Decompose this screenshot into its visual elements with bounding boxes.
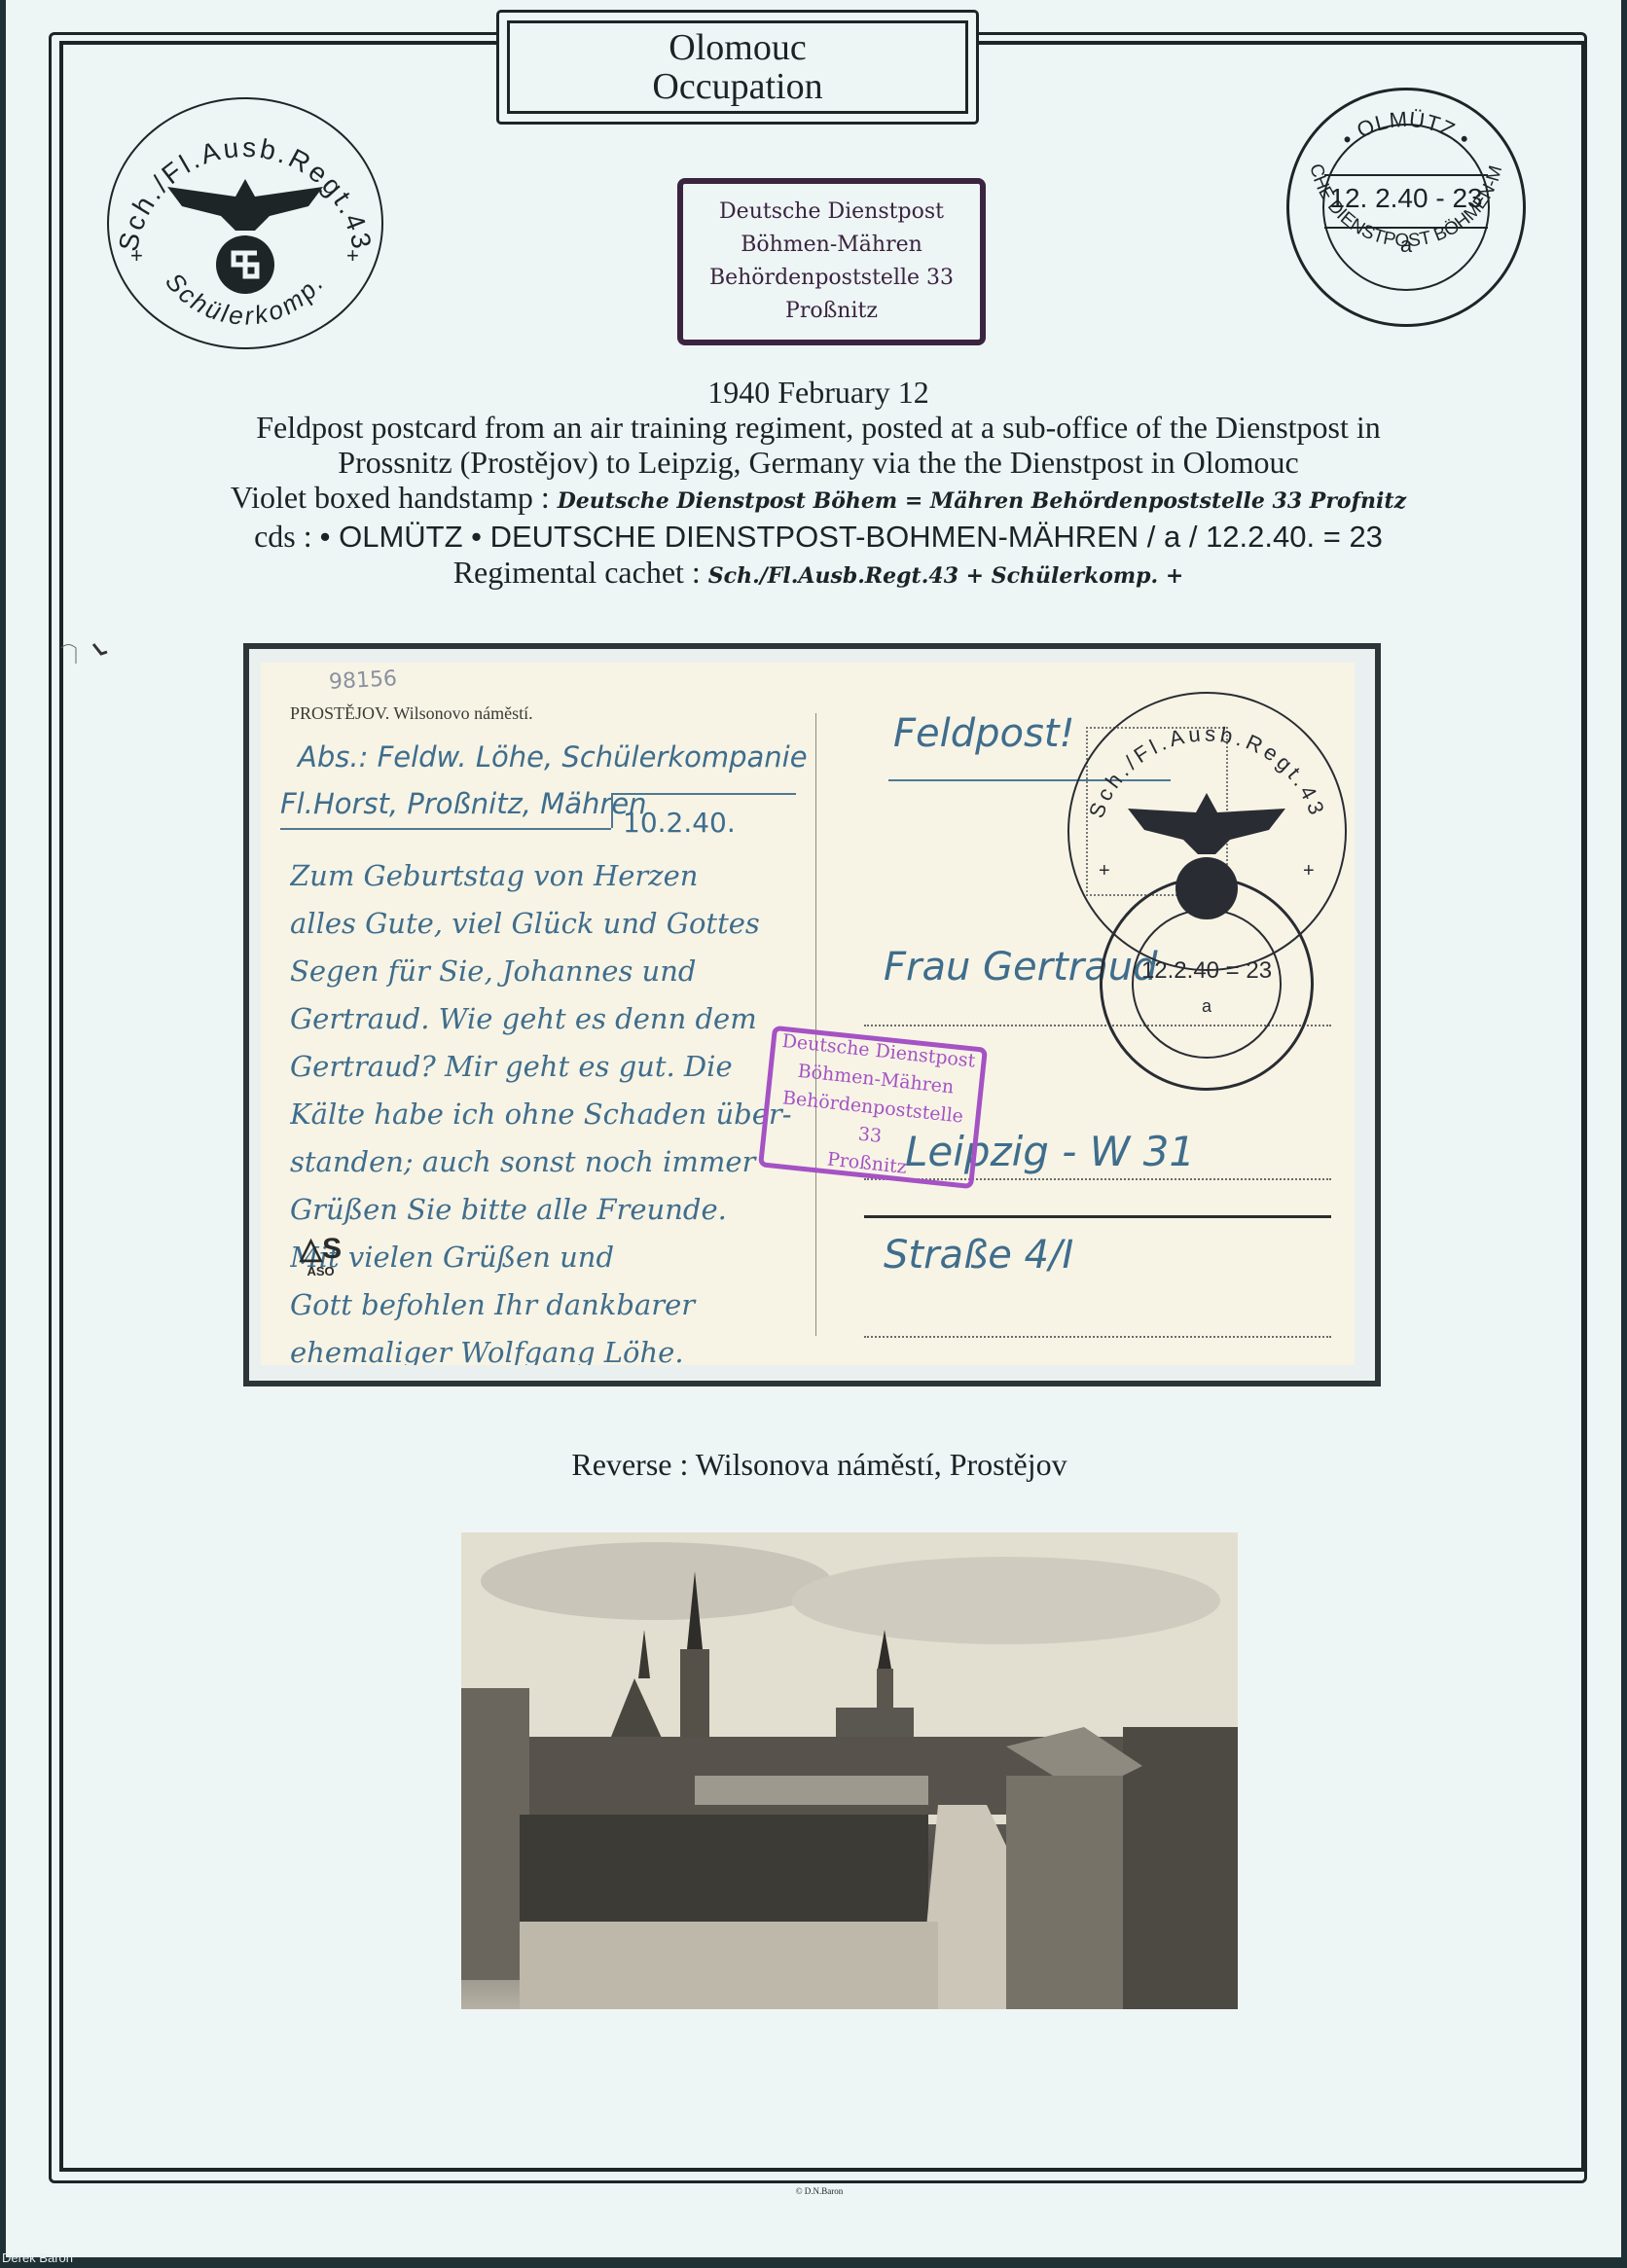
svg-text:+: +: [1303, 860, 1315, 882]
boxed-handstamp-illustration: Deutsche Dienstpost Böhmen-Mähren Behörd…: [677, 178, 986, 345]
written-date: 10.2.40.: [623, 807, 736, 839]
reverse-caption: Reverse : Wilsonova náměstí, Prostějov: [6, 1447, 1627, 1483]
watermark: Derek Baron: [2, 2250, 73, 2265]
publisher-mark: ASO: [300, 1264, 342, 1278]
ink-spot: [56, 636, 115, 675]
description-line: Feldpost postcard from an air training r…: [64, 410, 1573, 445]
feldpost-note: Feldpost!: [893, 711, 1075, 756]
cds-description: cds : • OLMÜTZ • DEUTSCHE DIENSTPOST-BOH…: [64, 519, 1573, 555]
address-divider: [815, 713, 816, 1336]
publisher-logo: △S ASO: [300, 1235, 342, 1278]
page-title: Olomouc: [669, 28, 806, 67]
card-cds-date: 12.2.40 = 23: [1103, 957, 1311, 985]
message-line: standen; auch sonst noch immer: [290, 1138, 806, 1186]
label: cds :: [254, 519, 320, 554]
card-cds-letter: a: [1103, 996, 1311, 1017]
sender-line: Fl.Horst, Proßnitz, Mähren: [280, 787, 647, 820]
description-block: 1940 February 12 Feldpost postcard from …: [64, 375, 1573, 594]
handstamp-text: Deutsche Dienstpost Böhem = Mähren Behör…: [558, 488, 1406, 514]
message-line: ehemaliger Wolfgang Löhe.: [290, 1329, 806, 1365]
message-line: Kälte habe ich ohne Schaden über-: [290, 1091, 806, 1138]
label: Violet boxed handstamp :: [231, 480, 558, 515]
message-line: Grüßen Sie bitte alle Freunde.: [290, 1186, 806, 1234]
postcard-front: 98156 PROSTĚJOV. Wilsonovo náměstí. Abs.…: [261, 663, 1355, 1365]
handstamp-line: Böhmen-Mähren: [683, 229, 980, 262]
postcard-mount: 98156 PROSTĚJOV. Wilsonovo náměstí. Abs.…: [243, 643, 1381, 1386]
album-page: Olomouc Occupation Sch./Fl.Ausb.Regt.43 …: [6, 0, 1621, 2257]
cover-date: 1940 February 12: [64, 375, 1573, 410]
card-cds-postmark: 12.2.40 = 23 a: [1100, 877, 1314, 1091]
message-line: Gertraud? Mir geht es gut. Die: [290, 1043, 806, 1091]
inventory-number: 98156: [328, 666, 397, 695]
message-line: Segen für Sie, Johannes und: [290, 948, 806, 995]
svg-text:+: +: [130, 243, 143, 268]
message-line: alles Gute, viel Glück und Gottes: [290, 900, 806, 948]
regimental-cachet-illustration: Sch./Fl.Ausb.Regt.43 Schülerkomp. + +: [107, 97, 383, 349]
cachet-description: Regimental cachet : Sch./Fl.Ausb.Regt.43…: [64, 555, 1573, 594]
handwritten-message: Zum Geburtstag von Herzen alles Gute, vi…: [290, 852, 806, 1365]
sender-line: Abs.: Feldw. Löhe, Schülerkompanie: [298, 740, 808, 774]
handstamp-line: Proßnitz: [683, 295, 980, 328]
cds-letter: a: [1289, 233, 1523, 258]
cds-postmark-illustration: • OLMÜTZ • DEUTSCHE DIENSTPOST BÖHMEN-MÄ…: [1286, 88, 1526, 327]
handstamp-line: Deutsche Dienstpost: [683, 196, 980, 229]
message-line: Zum Geburtstag von Herzen: [290, 852, 806, 900]
svg-text:+: +: [1099, 860, 1110, 882]
violet-boxed-handstamp: Deutsche Dienstpost Böhmen-Mähren Behörd…: [758, 1026, 988, 1189]
message-line: Gott befohlen Ihr dankbarer: [290, 1281, 806, 1329]
eagle-emblem-icon: [167, 179, 323, 294]
copyright-notice: © D.N.Baron: [6, 2186, 1627, 2196]
handstamp-line: Behördenpoststelle 33: [683, 262, 980, 295]
svg-text:+: +: [346, 243, 359, 268]
aso-logo-icon: △S: [300, 1235, 342, 1264]
printed-caption: PROSTĚJOV. Wilsonovo náměstí.: [290, 703, 533, 724]
message-line: Mit vielen Grüßen und: [290, 1234, 806, 1281]
page-subtitle: Occupation: [652, 67, 822, 106]
cachet-text: Sch./Fl.Ausb.Regt.43 + Schülerkomp. +: [708, 563, 1184, 589]
handstamp-description: Violet boxed handstamp : Deutsche Dienst…: [64, 480, 1573, 519]
cds-date: 12. 2.40 - 23: [1289, 183, 1523, 214]
description-line: Prossnitz (Prostějov) to Leipzig, German…: [64, 445, 1573, 480]
recipient-street: Straße 4/I: [884, 1233, 1073, 1278]
page-title-box: Olomouc Occupation: [496, 10, 979, 125]
town-square-photo: [461, 1532, 1238, 2009]
message-line: Gertraud. Wie geht es denn dem: [290, 995, 806, 1043]
label: Regimental cachet :: [453, 555, 708, 590]
cds-text: • OLMÜTZ • DEUTSCHE DIENSTPOST-BOHMEN-MÄ…: [320, 520, 1383, 554]
